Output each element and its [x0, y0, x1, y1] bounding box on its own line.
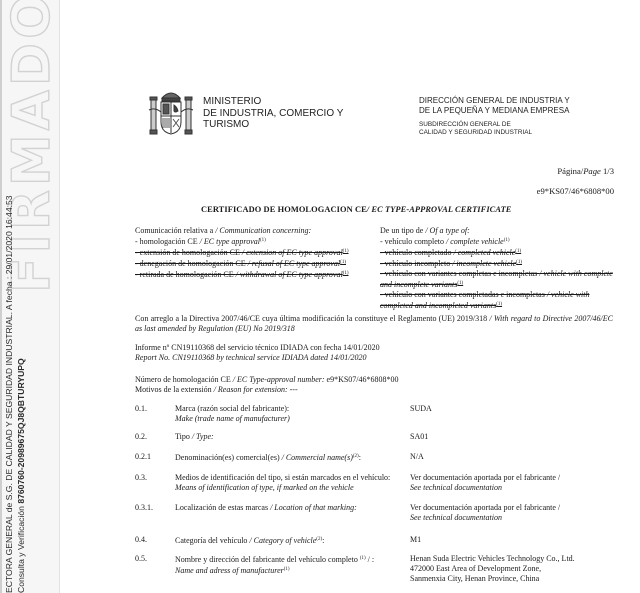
directorate-general: DIRECCIÓN GENERAL DE INDUSTRIA Y DE LA P… — [419, 96, 570, 137]
vehicle-type-option: - vehículo incompleto / incomplete vehic… — [380, 258, 620, 269]
communication-option: - extensión de homologación CE / extensi… — [135, 247, 370, 258]
communication-option: - denegación de homologación CE / refusa… — [135, 258, 370, 269]
extension-reason: Motivos de la extensión / Reason for ext… — [135, 385, 613, 395]
field-value: Henan Suda Electric Vehicles Technology … — [410, 554, 620, 584]
verification-line: Consulta y Verificación 8760760-20989675… — [16, 358, 27, 593]
field-number: 0.4. — [135, 535, 175, 545]
field-number: 0.3.1. — [135, 503, 175, 513]
field-label: Nombre y dirección del fabricante del ve… — [175, 554, 405, 576]
field-label: Categoría del vehículo / Category of veh… — [175, 535, 405, 546]
field-value: SA01 — [410, 432, 620, 442]
field-label: Tipo / Type: — [175, 432, 405, 442]
page-number: Página/Page 1/3 — [557, 166, 614, 176]
field-value: Ver documentación aportada por el fabric… — [410, 473, 620, 493]
field-label: Medios de identificación del tipo, si es… — [175, 473, 405, 493]
field-number: 0.3. — [135, 473, 175, 483]
vehicle-type-option: - vehículo con variantes completas e inc… — [380, 269, 620, 290]
verification-code: 8760760-20989675QJ8QBTURYUPQ — [16, 358, 26, 503]
signature-strip: FIRMADO ECTORA GENERAL de S.G. DE CALIDA… — [0, 0, 60, 593]
field-number: 0.2.1 — [135, 452, 175, 462]
vehicle-type-option: - vehículo con variantes completadas e i… — [380, 290, 620, 311]
vehicle-type-option: - vehículo completado / completed vehicl… — [380, 247, 620, 258]
communication-option: - homologación CE / EC type approval(1) — [135, 236, 370, 247]
field-label: Denominación(es) comercial(es) / Commerc… — [175, 452, 405, 463]
communication-heading: Comunicación relativa a / Communication … — [135, 226, 370, 236]
subdirectorate: SUBDIRECCIÓN GENERAL DE CALIDAD Y SEGURI… — [419, 121, 570, 137]
field-label: Marca (razón social del fabricante):Make… — [175, 404, 405, 424]
field-number: 0.2. — [135, 432, 175, 442]
field-number: 0.1. — [135, 404, 175, 414]
approval-number: Número de homologación CE / EC Type-appr… — [135, 375, 613, 385]
signature-line: ECTORA GENERAL de S.G. DE CALIDAD Y SEGU… — [4, 195, 15, 593]
vehicle-type-option: - vehículo completo / complete vehicle(1… — [380, 236, 620, 247]
spain-coat-of-arms-icon — [148, 86, 194, 142]
field-number: 0.5. — [135, 554, 175, 564]
report-statement: Informe nº CN19110368 del servicio técni… — [135, 343, 613, 363]
field-value: SUDA — [410, 404, 620, 414]
communication-concerning: Comunicación relativa a / Communication … — [135, 226, 370, 280]
approval-number-block: Número de homologación CE / EC Type-appr… — [135, 375, 613, 395]
type-of: De un tipo de / Of a type of: - vehículo… — [380, 226, 620, 311]
type-heading: De un tipo de / Of a type of: — [380, 226, 620, 236]
field-label: Localización de estas marcas / Location … — [175, 503, 405, 513]
field-value: M1 — [410, 535, 620, 545]
field-value: N/A — [410, 452, 620, 462]
communication-option: - retirada de homologación CE / withdraw… — [135, 269, 370, 280]
ministry-name: MINISTERIO DE INDUSTRIA, COMERCIO Y TURI… — [203, 96, 343, 131]
certificate-number: e9*KS07/46*6808*00 — [537, 186, 614, 196]
directive-statement: Con arreglo a la Directiva 2007/46/CE cu… — [135, 314, 613, 334]
field-value: Ver documentación aportada por el fabric… — [410, 503, 620, 523]
document-title: CERTIFICADO DE HOMOLOGACION CE/ EC TYPE-… — [201, 205, 512, 214]
